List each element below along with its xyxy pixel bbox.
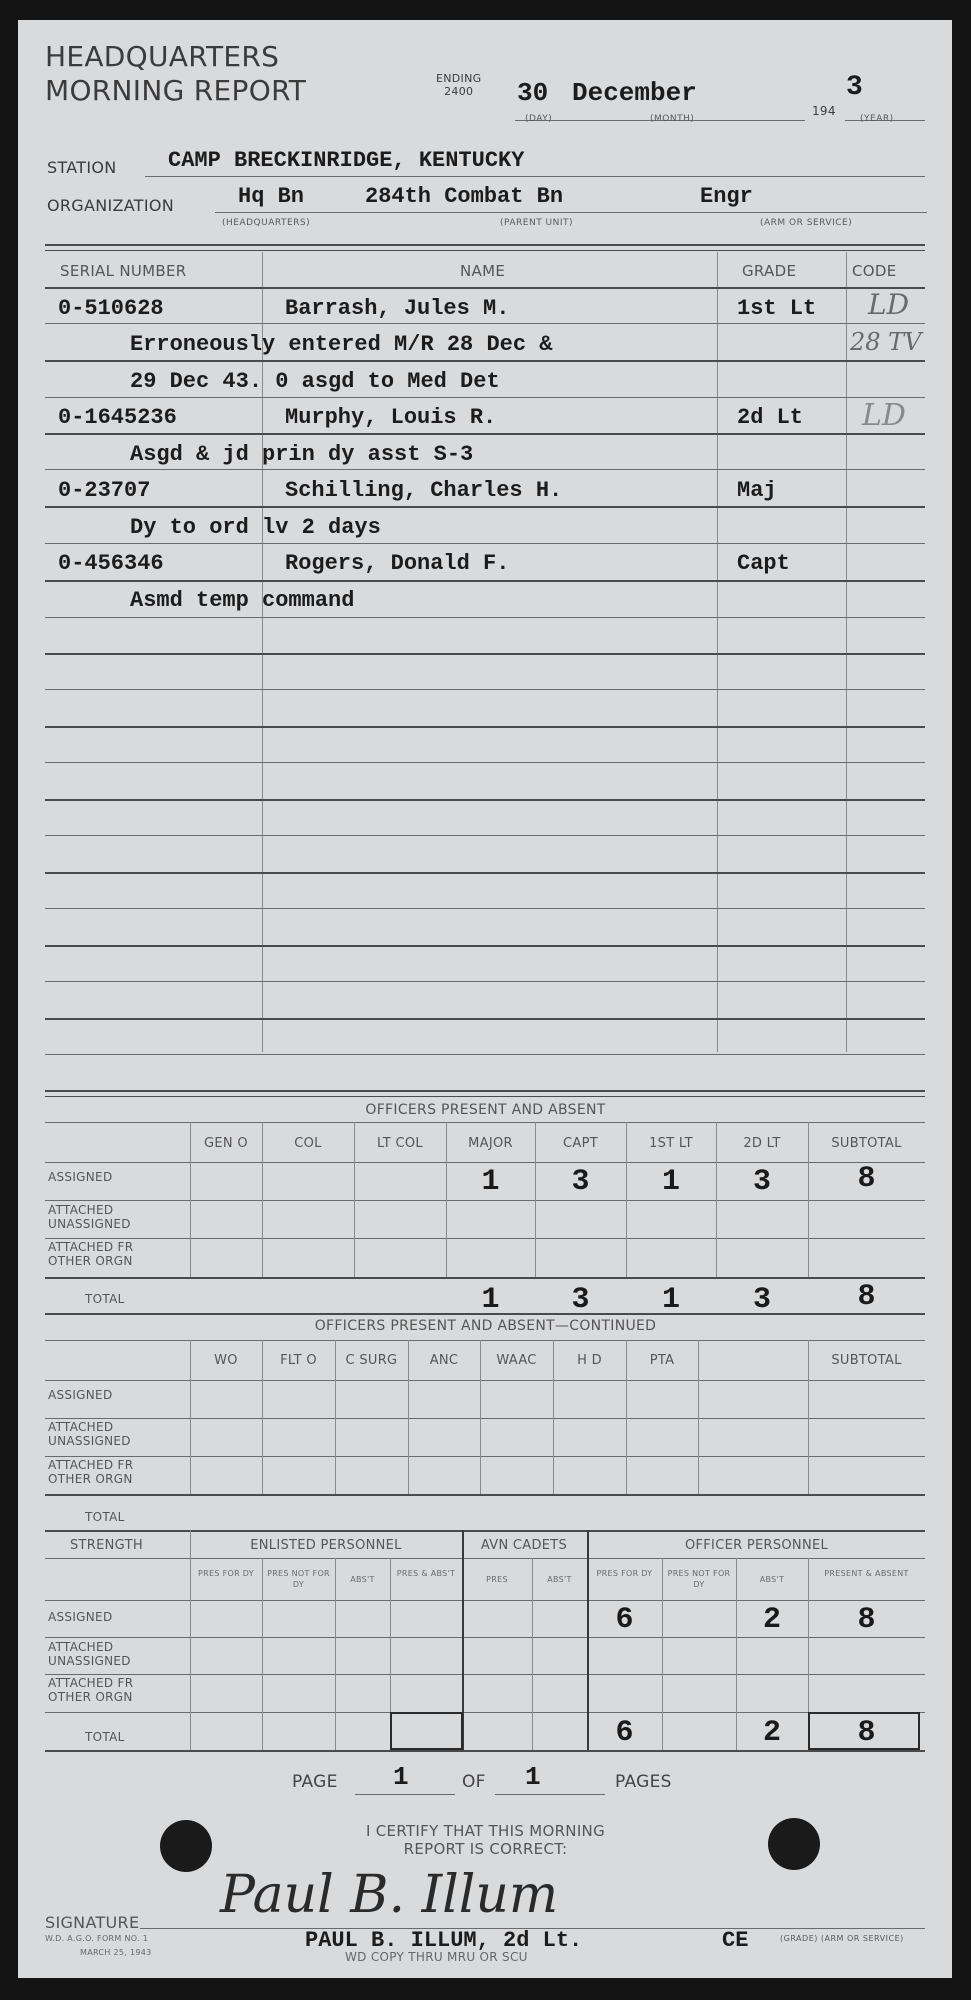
officers-continued-title: OFFICERS PRESENT AND ABSENT—CONTINUED (0, 1318, 971, 1334)
entry-remark: Asmd temp command (130, 588, 354, 613)
col-header-code: CODE (852, 262, 897, 280)
group-officer: OFFICER PERSONNEL (588, 1538, 925, 1553)
handwritten-signature: Paul B. Illum (220, 1865, 558, 1925)
col-2d-lt: 2D LT (716, 1136, 808, 1151)
row-assigned: ASSIGNED (48, 1170, 112, 1184)
entry-serial: 0-1645236 (58, 405, 177, 430)
col-rule (717, 252, 718, 1052)
col-capt: CAPT (535, 1136, 626, 1151)
row-attached-other: ATTACHED FR OTHER ORGN (48, 1458, 148, 1486)
year-caption: (YEAR) (860, 114, 894, 124)
enlisted-total-box (390, 1712, 463, 1750)
col-waac: WAAC (480, 1353, 553, 1368)
entry-grade: 2d Lt (737, 405, 803, 430)
org-parent-unit: 284th Combat Bn (365, 184, 563, 209)
value-cell: 8 (808, 1162, 925, 1196)
entry-name: Schilling, Charles H. (285, 478, 562, 503)
entry-serial: 0-456346 (58, 551, 164, 576)
org-arm-service: Engr (700, 184, 753, 209)
officer-total-box (808, 1712, 920, 1750)
col-pres-not-for-dy: PRES NOT FOR DY (262, 1568, 335, 1590)
col-col: COL (262, 1136, 354, 1151)
certify-line-1: I CERTIFY THAT THIS MORNING (0, 1822, 971, 1840)
col-off-pres-not-for-dy: PRES NOT FOR DY (662, 1568, 736, 1590)
value-cell: 1 (446, 1283, 535, 1317)
col-abst: ABS'T (335, 1574, 390, 1585)
station-label: STATION (47, 158, 117, 177)
of-label: OF (462, 1772, 486, 1792)
value-cell: 8 (808, 1603, 925, 1637)
day-caption: (DAY) (525, 114, 552, 124)
value-cell: 2 (736, 1603, 808, 1637)
ending-label: ENDING 2400 (436, 72, 481, 98)
value-cell: 3 (716, 1165, 808, 1199)
col-pres-abst: PRES & ABS'T (390, 1568, 462, 1579)
col-cadet-abst: ABS'T (532, 1574, 587, 1585)
form-title: HEADQUARTERS MORNING REPORT (45, 40, 306, 108)
value-cell: 6 (587, 1716, 662, 1750)
entry-remark: 29 Dec 43. 0 asgd to Med Det (130, 369, 500, 394)
col-gen-o: GEN O (190, 1136, 262, 1151)
col-major: MAJOR (446, 1136, 535, 1151)
col-cadet-pres: PRES (462, 1574, 532, 1585)
col-hd: H D (553, 1353, 626, 1368)
row-attached-other: ATTACHED FR OTHER ORGN (48, 1676, 148, 1704)
page-number: 1 (393, 1762, 409, 1792)
entry-serial: 0-23707 (58, 478, 150, 503)
value-cell: 1 (626, 1165, 716, 1199)
value-cell: 1 (446, 1165, 535, 1199)
group-enlisted: ENLISTED PERSONNEL (190, 1538, 462, 1553)
col-c-surg: C SURG (335, 1353, 408, 1368)
entry-remark: Erroneously entered M/R 28 Dec & (130, 332, 552, 357)
entry-name: Murphy, Louis R. (285, 405, 496, 430)
report-day: 30 (517, 78, 548, 108)
page-total: 1 (525, 1762, 541, 1792)
signature-label: SIGNATURE (45, 1913, 139, 1932)
report-month: December (572, 78, 697, 108)
col-off-pres-for-dy: PRES FOR DY (587, 1568, 662, 1579)
entry-grade: Capt (737, 551, 790, 576)
divider (45, 244, 925, 246)
year-prefix: 194 (812, 104, 836, 118)
title-line-2: MORNING REPORT (45, 74, 306, 108)
month-caption: (MONTH) (650, 114, 694, 124)
col-flt-o: FLT O (262, 1353, 335, 1368)
form-date: MARCH 25, 1943 (80, 1948, 152, 1957)
col-present-absent: PRESENT & ABSENT (808, 1568, 925, 1579)
title-line-1: HEADQUARTERS (45, 40, 306, 74)
col-lt-col: LT COL (354, 1136, 446, 1151)
pages-label: PAGES (615, 1772, 672, 1792)
row-attached-unassigned: ATTACHED UNASSIGNED (48, 1203, 138, 1231)
col-header-serial: SERIAL NUMBER (60, 262, 186, 280)
arm-caption: (ARM OR SERVICE) (760, 218, 852, 228)
row-assigned: ASSIGNED (48, 1388, 112, 1402)
org-headquarters: Hq Bn (238, 184, 304, 209)
entry-remark: Asgd & jd prin dy asst S-3 (130, 442, 473, 467)
row-total: TOTAL (85, 1510, 125, 1524)
strength-title: STRENGTH (70, 1538, 143, 1553)
grade-arm-caption: (GRADE) (ARM OR SERVICE) (780, 1934, 904, 1943)
entry-grade: Maj (737, 478, 777, 503)
form-id: W.D. A.G.O. FORM NO. 1 (45, 1934, 148, 1943)
col-subtotal: SUBTOTAL (808, 1136, 925, 1151)
ending-time: 2400 (436, 85, 481, 98)
officers-table-title: OFFICERS PRESENT AND ABSENT (0, 1102, 971, 1118)
certify-line-2: REPORT IS CORRECT: (0, 1840, 971, 1858)
col-1st-lt: 1ST LT (626, 1136, 716, 1151)
divider (45, 250, 925, 251)
page-label: PAGE (292, 1772, 338, 1792)
row-attached-unassigned: ATTACHED UNASSIGNED (48, 1640, 138, 1668)
value-cell: 1 (626, 1283, 716, 1317)
col-pta: PTA (626, 1353, 698, 1368)
col-rule (846, 252, 847, 1052)
copy-routing-note: WD COPY THRU MRU OR SCU (345, 1950, 528, 1964)
col-anc: ANC (408, 1353, 480, 1368)
col-off-abst: ABS'T (736, 1574, 808, 1585)
col-header-name: NAME (460, 262, 505, 280)
value-cell: 8 (808, 1280, 925, 1314)
value-cell: 3 (716, 1283, 808, 1317)
entry-remark: Dy to ord lv 2 days (130, 515, 381, 540)
group-avn-cadets: AVN CADETS (462, 1538, 586, 1553)
entry-serial: 0-510628 (58, 296, 164, 321)
col-subtotal: SUBTOTAL (808, 1353, 925, 1368)
entry-name: Barrash, Jules M. (285, 296, 509, 321)
certification-text: I CERTIFY THAT THIS MORNING REPORT IS CO… (0, 1822, 971, 1858)
value-cell: 3 (535, 1283, 626, 1317)
value-cell: 6 (587, 1603, 662, 1637)
report-year: 3 (846, 72, 863, 103)
entry-code: LD (868, 288, 909, 321)
parent-unit-caption: (PARENT UNIT) (500, 218, 573, 228)
entry-name: Rogers, Donald F. (285, 551, 509, 576)
row-attached-unassigned: ATTACHED UNASSIGNED (48, 1420, 138, 1448)
value-cell: 2 (736, 1716, 808, 1750)
entry-code: 28 TV (850, 328, 922, 356)
entry-code: LD (862, 398, 906, 433)
row-attached-other: ATTACHED FR OTHER ORGN (48, 1240, 148, 1268)
organization-label: ORGANIZATION (47, 196, 174, 215)
row-total: TOTAL (85, 1292, 125, 1306)
col-pres-for-dy: PRES FOR DY (190, 1568, 262, 1579)
col-wo: WO (190, 1353, 262, 1368)
col-header-grade: GRADE (742, 262, 796, 280)
hq-caption: (HEADQUARTERS) (222, 218, 310, 228)
row-total: TOTAL (85, 1730, 125, 1744)
org-underline (215, 212, 927, 213)
ending-text: ENDING (436, 72, 481, 85)
row-assigned: ASSIGNED (48, 1610, 112, 1624)
signer-service: CE (722, 1928, 748, 1953)
value-cell: 3 (535, 1165, 626, 1199)
station-value: CAMP BRECKINRIDGE, KENTUCKY (168, 148, 524, 173)
entry-grade: 1st Lt (737, 296, 816, 321)
station-underline (145, 176, 925, 177)
